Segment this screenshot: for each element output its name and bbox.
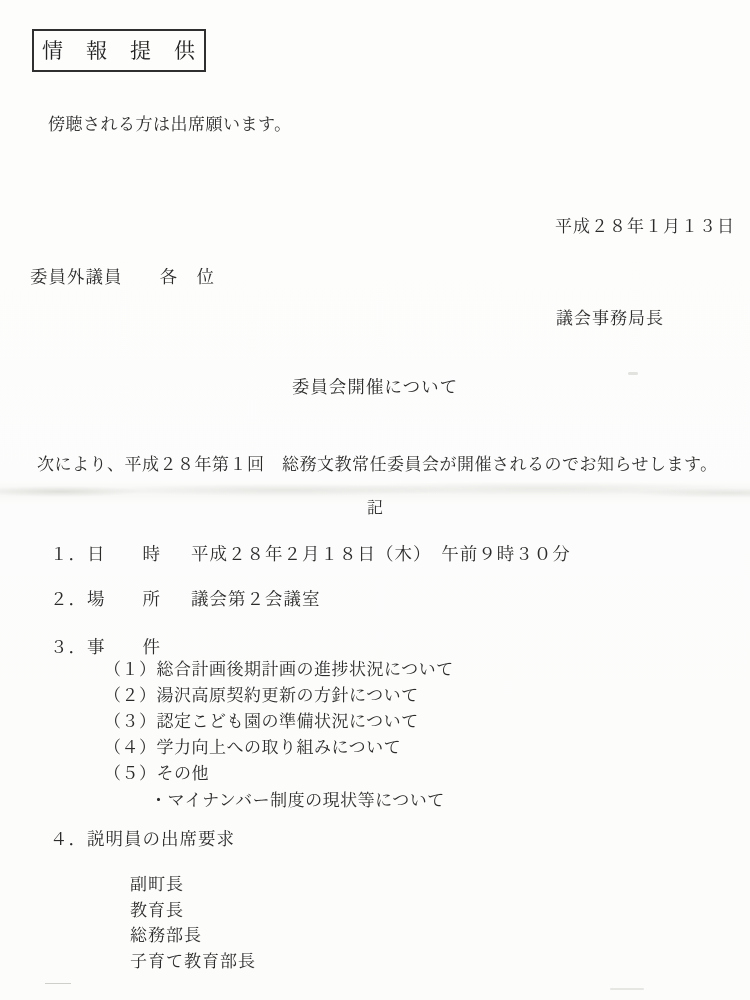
staff-item-4: 子育て教育部長: [130, 949, 256, 975]
item-matters-label: ３．事 件: [50, 637, 161, 657]
staff-list: 副町長 教育長 総務部長 子育て教育部長: [130, 872, 256, 974]
scan-speck: [628, 372, 638, 375]
item-place-value: 議会第２会議室: [191, 589, 321, 609]
info-stamp-box: 情 報 提 供: [32, 29, 206, 72]
scanned-document-page: 情 報 提 供 傍聴される方は出席願います。 平成２８年１月１３日 委員外議員 …: [0, 0, 750, 1000]
attendance-notice: 傍聴される方は出席願います。: [48, 110, 292, 135]
record-marker: 記: [0, 495, 750, 518]
agenda-item-3: （３）認定こども園の準備状況について: [104, 709, 454, 735]
recipient-line: 委員外議員 各 位: [30, 264, 215, 289]
scan-speck: [45, 983, 71, 984]
sender-line: 議会事務局長: [556, 304, 664, 329]
document-title: 委員会開催について: [0, 374, 750, 399]
agenda-list: （１）総合計画後期計画の進捗状況について （２）湯沢高原契約更新の方針について …: [104, 657, 454, 787]
agenda-sub-bullet: ・マイナンバー制度の現状等について: [150, 786, 445, 811]
announcement-body: 次により、平成２８年第１回 総務文教常任委員会が開催されるのでお知らせします。: [37, 450, 718, 475]
info-stamp-text: 情 報 提 供: [42, 39, 196, 63]
item-datetime-label: １．日 時: [50, 544, 161, 564]
agenda-item-1: （１）総合計画後期計画の進捗状況について: [104, 657, 454, 683]
item-matters: ３．事 件: [50, 634, 161, 659]
issue-date: 平成２８年１月１３日: [555, 212, 735, 237]
agenda-item-5: （５）その他: [104, 761, 454, 787]
item-datetime-value: 平成２８年２月１８日（木） 午前９時３０分: [191, 544, 571, 564]
item-attendees: ４．説明員の出席要求: [50, 826, 235, 851]
item-datetime: １．日 時平成２８年２月１８日（木） 午前９時３０分: [50, 541, 571, 566]
item-attendees-label: ４．説明員の出席要求: [50, 829, 235, 849]
agenda-item-2: （２）湯沢高原契約更新の方針について: [104, 683, 454, 709]
item-place-label: ２．場 所: [50, 589, 161, 609]
staff-item-1: 副町長: [130, 872, 256, 898]
item-place: ２．場 所議会第２会議室: [50, 586, 321, 611]
staff-item-3: 総務部長: [130, 923, 256, 949]
agenda-item-4: （４）学力向上への取り組みについて: [104, 735, 454, 761]
staff-item-2: 教育長: [130, 898, 256, 924]
scan-speck: [610, 988, 644, 990]
